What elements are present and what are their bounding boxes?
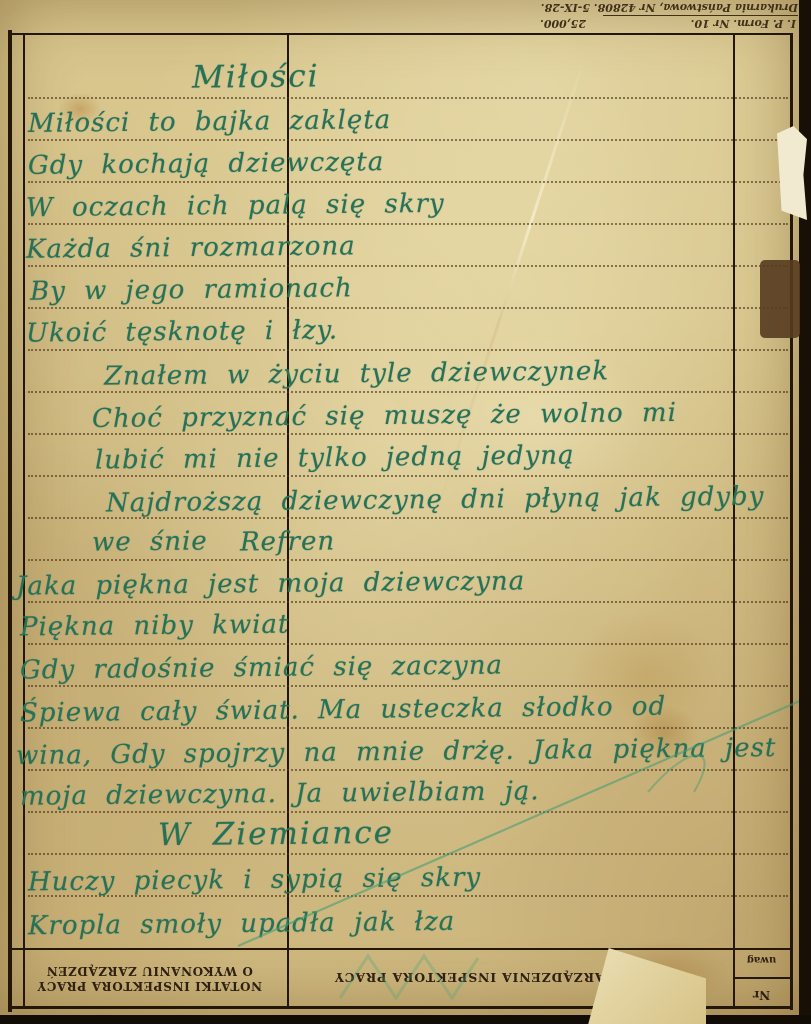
footer-notes-line1: NOTATKI INSPEKTORA PRACY — [37, 978, 262, 993]
handwriting-line: Huczy piecyk i sypią się skry — [28, 859, 481, 902]
damage-dark-patch — [760, 260, 800, 338]
handwriting-line: Choć przyznać się muszę że wolno mi — [92, 394, 677, 438]
handwriting-line: Ukoić tęsknotę i łzy. — [26, 311, 338, 352]
printer-imprint: I. P. Form. Nr 10. 25,000. Drukarnia Pań… — [538, 1, 798, 30]
frame-top-line — [10, 33, 793, 35]
footer-nr-cell: Nr uwag — [733, 950, 790, 1006]
footer-notes-cell: NOTATKI INSPEKTORA PRACY O WYKONANIU ZAR… — [12, 950, 287, 1006]
handwriting-line: By w jego ramionach — [30, 269, 353, 310]
song-title: W Ziemiance — [158, 814, 394, 854]
handwriting-line: Gdy kochają dziewczęta — [28, 143, 385, 185]
imprint-rule — [603, 15, 798, 16]
ruled-line — [28, 853, 788, 855]
refrain-label: Refren — [240, 523, 336, 562]
printer-name: Drukarnia Państwowa, Nr 42808. 5-IX-28. — [538, 1, 798, 14]
form-number: I. P. Form. Nr 10. — [691, 17, 796, 30]
handwriting-line: we śnie — [92, 522, 208, 561]
handwriting-line: Jaka piękna jest moja dziewczyna — [16, 562, 526, 605]
torn-paper-patch — [777, 126, 807, 220]
frame-left-inner-line — [23, 33, 25, 1008]
handwriting-line: Znałem w życiu tyle dziewczynek — [104, 352, 609, 395]
handwriting-line: Każda śni rozmarzona — [26, 227, 356, 268]
scanned-document: I. P. Form. Nr 10. 25,000. Drukarnia Pań… — [0, 0, 811, 1024]
handwriting-line: W oczach ich palą się skry — [26, 185, 445, 227]
ruled-line — [28, 97, 788, 99]
handwriting-line: Śpiewa cały świat. Ma usteczka słodko od — [20, 688, 667, 733]
handwriting-line: Piękna niby kwiat — [20, 606, 290, 647]
frame-left-outer-line — [8, 30, 12, 1012]
print-run: 25,000. — [540, 17, 586, 30]
handwriting-line: Najdroższą dziewczynę dni płyną jak gdyb… — [106, 478, 765, 523]
handwriting-line: Miłości to bajka zaklęta — [28, 101, 392, 143]
footer-uwag-label: uwag — [747, 954, 776, 965]
song-title: Miłości — [192, 57, 320, 96]
footer-nr-label: Nr — [753, 988, 770, 1002]
footer-notes-line2: O WYKONANIU ZARZĄDZEŃ — [46, 963, 253, 978]
handwriting-line: lubić mi nie tylko jedną jedyną — [95, 436, 575, 479]
handwriting-line: Gdy radośnie śmiać się zaczyna — [20, 646, 503, 689]
handwriting-line: wina, Gdy spojrzy na mnie drżę. Jaka pię… — [16, 729, 777, 775]
handwriting-line: Kropla smoły upadła jak łza — [28, 903, 456, 945]
handwriting-line: moja dziewczyna. Ja uwielbiam ją. — [20, 772, 540, 815]
